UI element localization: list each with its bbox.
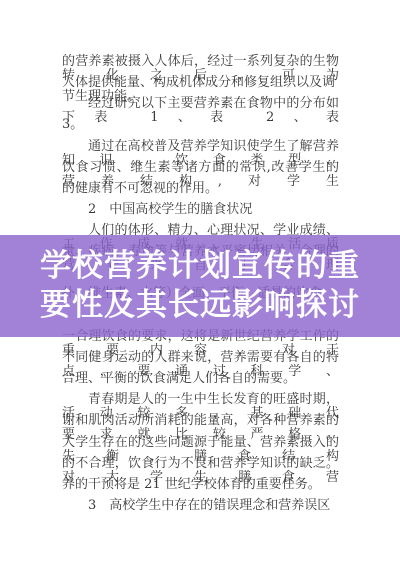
document-page: 的营养素被摄入人体后，经过一系列复杂的生物转化之后，可为 人体提供能量、构成机体… bbox=[0, 0, 400, 566]
document-line: 合理、平衡的饮食满足人们各自的需要。 bbox=[62, 372, 339, 386]
promo-banner-title-line2: 要性及其长远影响探讨 bbox=[40, 286, 360, 325]
document-line: 3。 bbox=[62, 118, 339, 132]
document-line: 养的干预将是 21 世纪学校体育的重要任务。 bbox=[62, 478, 339, 492]
promo-banner-title: 学校营养计划宣传的重 要性及其长远影响探讨 bbox=[0, 235, 400, 337]
document-section-heading: 2 中国高校学生的膳食状况 bbox=[62, 203, 339, 217]
promo-banner-title-line1: 学校营养计划宣传的重 bbox=[40, 247, 360, 286]
document-line: 的健康有不可忽视的作用。 bbox=[62, 182, 339, 196]
document-section-heading: 3 高校学生中存在的错误理念和营养误区 bbox=[62, 499, 339, 513]
